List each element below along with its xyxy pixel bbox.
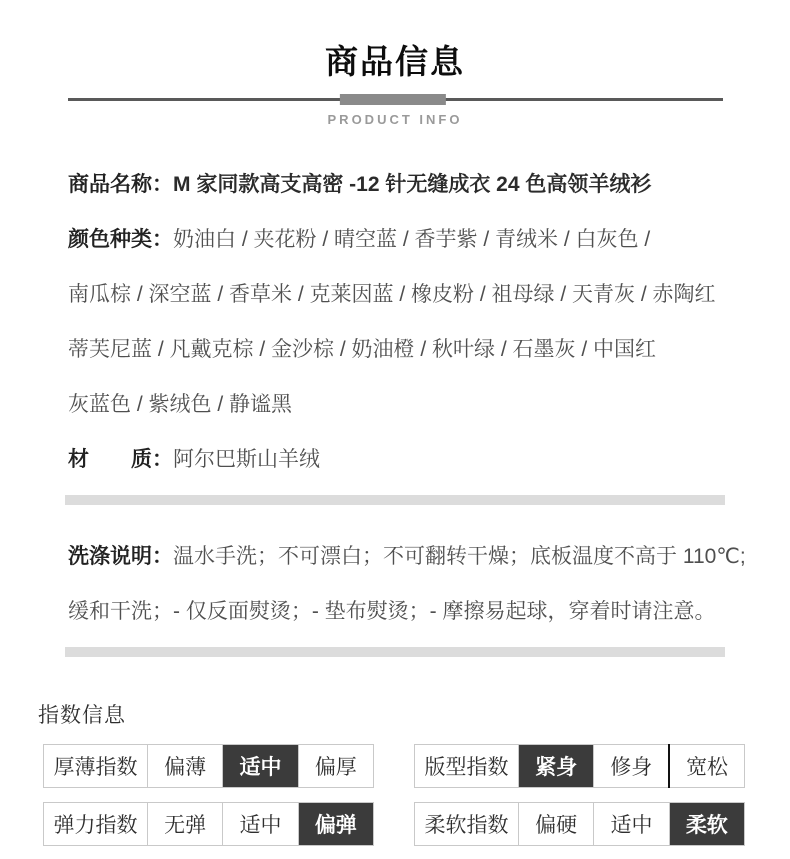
color-types-line-1: 奶油白 / 夹花粉 / 晴空蓝 / 香芋紫 / 青绒米 / 白灰色 / <box>173 228 650 251</box>
color-types-line-4: 灰蓝色 / 紫绒色 / 静谧黑 <box>68 393 292 416</box>
product-name-value: M 家同款高支高密 -12 针无缝成衣 24 色高领羊绒衫 <box>173 173 651 196</box>
index-label-cell: 柔软指数 <box>415 803 519 846</box>
table-row: 柔软指数 偏硬 适中 柔软 <box>415 803 745 846</box>
color-types-line-2: 南瓜棕 / 深空蓝 / 香草米 / 克莱因蓝 / 橡皮粉 / 祖母绿 / 天青灰… <box>68 283 716 306</box>
index-label-cell: 厚薄指数 <box>44 745 148 788</box>
index-table-elasticity: 弹力指数 无弹 适中 偏弹 <box>43 802 374 846</box>
color-types-row: 颜色种类：奶油白 / 夹花粉 / 晴空蓝 / 香芋紫 / 青绒米 / 白灰色 / <box>68 212 726 267</box>
index-table-thickness: 厚薄指数 偏薄 适中 偏厚 <box>43 744 374 788</box>
product-name-row: 商品名称：M 家同款高支高密 -12 针无缝成衣 24 色高领羊绒衫 <box>68 157 726 212</box>
washing-instructions-section: 洗涤说明：温水手洗；不可漂白；不可翻转干燥；底板温度不高于 110℃; 缓和干洗… <box>68 529 730 639</box>
color-types-label: 颜色种类： <box>68 228 173 251</box>
color-types-line-3: 蒂芙尼蓝 / 凡戴克棕 / 金沙棕 / 奶油橙 / 秋叶绿 / 石墨灰 / 中国… <box>68 338 656 361</box>
color-types-row: 蒂芙尼蓝 / 凡戴克棕 / 金沙棕 / 奶油橙 / 秋叶绿 / 石墨灰 / 中国… <box>68 322 726 377</box>
index-option-cell: 柔软 <box>669 803 744 846</box>
header: 商品信息 PRODUCT INFO <box>0 0 790 127</box>
index-option-cell: 修身 <box>594 745 669 788</box>
table-row: 厚薄指数 偏薄 适中 偏厚 <box>44 745 374 788</box>
washing-line-2: 缓和干洗；- 仅反面熨烫；- 垫布熨烫；- 摩擦易起球，穿着时请注意。 <box>68 600 715 623</box>
color-types-row: 灰蓝色 / 紫绒色 / 静谧黑 <box>68 377 726 432</box>
index-label-cell: 版型指数 <box>415 745 519 788</box>
index-option-cell: 适中 <box>223 803 298 846</box>
material-row: 材 质：阿尔巴斯山羊绒 <box>68 432 726 487</box>
material-label: 材 质： <box>68 448 173 471</box>
index-option-cell: 偏弹 <box>298 803 373 846</box>
index-option-cell: 偏硬 <box>518 803 593 846</box>
index-option-cell: 适中 <box>223 745 298 788</box>
header-divider <box>68 94 723 105</box>
product-info-page: 商品信息 PRODUCT INFO 商品名称：M 家同款高支高密 -12 针无缝… <box>0 0 790 846</box>
section-divider-bar <box>65 647 725 657</box>
page-title: 商品信息 <box>0 36 790 83</box>
table-row: 弹力指数 无弹 适中 偏弹 <box>44 803 374 846</box>
section-divider-bar <box>65 495 725 505</box>
index-tables-grid: 厚薄指数 偏薄 适中 偏厚 版型指数 紧身 修身 宽松 弹力指数 <box>43 744 745 846</box>
index-option-cell: 无弹 <box>147 803 222 846</box>
washing-line-1: 温水手洗；不可漂白；不可翻转干燥；底板温度不高于 110℃; <box>173 545 746 568</box>
index-table-fit: 版型指数 紧身 修身 宽松 <box>414 744 745 788</box>
index-option-cell: 偏厚 <box>298 745 373 788</box>
index-info-heading: 指数信息 <box>38 699 790 729</box>
index-table-softness: 柔软指数 偏硬 适中 柔软 <box>414 802 745 846</box>
divider-center-block <box>340 94 446 105</box>
index-label-cell: 弹力指数 <box>44 803 148 846</box>
index-option-cell: 宽松 <box>669 745 744 788</box>
index-option-cell: 适中 <box>594 803 669 846</box>
washing-row: 缓和干洗；- 仅反面熨烫；- 垫布熨烫；- 摩擦易起球，穿着时请注意。 <box>68 584 730 639</box>
material-value: 阿尔巴斯山羊绒 <box>173 448 320 471</box>
product-details-section: 商品名称：M 家同款高支高密 -12 针无缝成衣 24 色高领羊绒衫 颜色种类：… <box>68 157 726 487</box>
color-types-row: 南瓜棕 / 深空蓝 / 香草米 / 克莱因蓝 / 橡皮粉 / 祖母绿 / 天青灰… <box>68 267 726 322</box>
index-info-section: 指数信息 厚薄指数 偏薄 适中 偏厚 版型指数 紧身 修身 宽松 <box>0 699 790 846</box>
index-option-cell: 偏薄 <box>147 745 222 788</box>
table-row: 版型指数 紧身 修身 宽松 <box>415 745 745 788</box>
index-option-cell: 紧身 <box>518 745 593 788</box>
washing-label: 洗涤说明： <box>68 545 173 568</box>
washing-row: 洗涤说明：温水手洗；不可漂白；不可翻转干燥；底板温度不高于 110℃; <box>68 529 730 584</box>
page-subtitle: PRODUCT INFO <box>0 112 790 127</box>
product-name-label: 商品名称： <box>68 173 173 196</box>
